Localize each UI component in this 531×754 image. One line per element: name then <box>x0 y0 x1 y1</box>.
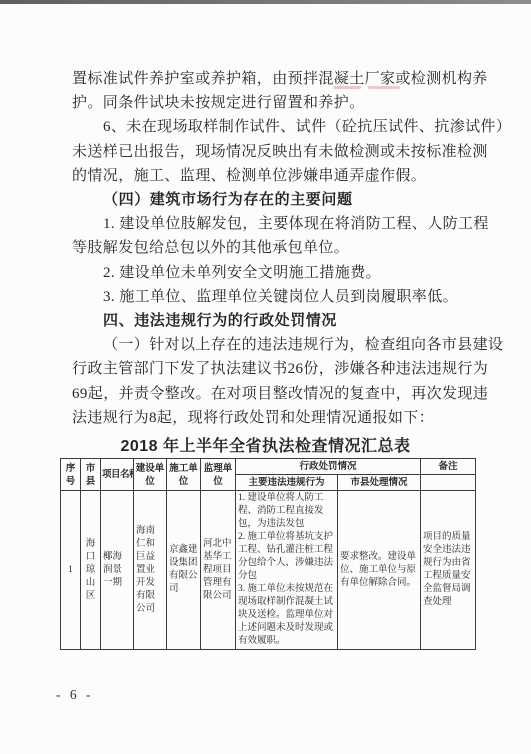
section-heading: 四、违法违规行为的行政处罚情况 <box>72 309 476 333</box>
body-line: 1. 建设单位肢解发包，主要体现在将消防工程、人防工程 <box>72 212 476 236</box>
cell-supervisor: 河北中基华工程项目管理有限公司 <box>201 491 236 650</box>
page-number: - 6 - <box>56 687 94 703</box>
body-line: 69起，并责令整改。在对项目整改情况的复查中，再次发现违 <box>72 382 476 406</box>
col-header-builder: 建设单位 <box>134 459 167 491</box>
body-line: 未送样已出报告，现场情况反映出有未做检测或未按标准检测 <box>72 140 476 164</box>
table-title: 2018 年上半年全省执法检查情况汇总表 <box>0 433 531 456</box>
body-text: 置标准试件养护室或养护箱，由预拌混凝土厂家或检测机构养 护。同条件试块未按规定进… <box>72 67 476 430</box>
col-header-seq: 序号 <box>61 459 81 491</box>
cell-remark: 项目的质量安全违法违规行为由省工程质量安全监督局调查处理 <box>421 491 476 650</box>
col-header-city: 市县 <box>81 459 101 491</box>
document-page: 置标准试件养护室或养护箱，由预拌混凝土厂家或检测机构养 护。同条件试块未按规定进… <box>0 0 531 754</box>
body-line: 行政主管部门下发了执法建议书26份，涉嫌各种违法违规行为 <box>72 357 476 381</box>
cell-contractor: 京鑫建设集团有限公司 <box>167 491 201 650</box>
inspection-summary-table: 序号 市县 项目名称 建设单位 施工单位 监理单位 行政处罚情况 备注 主要违法… <box>60 458 476 650</box>
body-line: 2. 建设单位未单列安全文明施工措施费。 <box>72 261 476 285</box>
section-heading: （四）建筑市场行为存在的主要问题 <box>72 188 476 212</box>
body-line: （一）针对以上存在的违法违规行为，检查组向各市县建设 <box>72 333 476 357</box>
col-header-project: 项目名称 <box>101 459 134 491</box>
cell-violations: 1. 建设单位将人防工程、消防工程直接发包，为违法发包 2. 施工单位将基坑支护… <box>236 491 338 650</box>
col-header-handling: 市县处理情况 <box>338 475 421 491</box>
col-header-remark-empty <box>421 475 476 491</box>
body-line: 的情况，施工、监理、检测单位涉嫌串通弄虚作假。 <box>72 164 476 188</box>
body-line: 法违规行为8起，现将行政处罚和处理情况通报如下： <box>72 406 476 430</box>
cell-project: 椰海润景一期 <box>101 491 134 650</box>
scan-edge-bar <box>0 0 531 4</box>
table-row: 1 海口琼山区 椰海润景一期 海南仁和巨益置业开发有限公司 京鑫建设集团有限公司… <box>61 491 476 650</box>
cell-builder: 海南仁和巨益置业开发有限公司 <box>134 491 167 650</box>
col-header-penalty-group: 行政处罚情况 <box>236 459 421 475</box>
body-line: 护。同条件试块未按规定进行留置和养护。 <box>72 91 476 115</box>
cell-handling: 要求整改。建设单位、施工单位与原有单位解除合同。 <box>338 491 421 650</box>
body-line: 3. 施工单位、监理单位关键岗位人员到岗履职率低。 <box>72 285 476 309</box>
body-line: 置标准试件养护室或养护箱，由预拌混凝土厂家或检测机构养 <box>72 67 476 91</box>
cell-city: 海口琼山区 <box>81 491 101 650</box>
col-header-supervisor: 监理单位 <box>201 459 236 491</box>
col-header-contractor: 施工单位 <box>167 459 201 491</box>
body-line: 等肢解发包给总包以外的其他承包单位。 <box>72 236 476 260</box>
cell-seq: 1 <box>61 491 81 650</box>
col-header-remark: 备注 <box>421 459 476 475</box>
col-header-violations: 主要违法违规行为 <box>236 475 338 491</box>
body-line: 6、未在现场取样制作试件、试件（砼抗压试件、抗渗试件） <box>72 115 476 139</box>
